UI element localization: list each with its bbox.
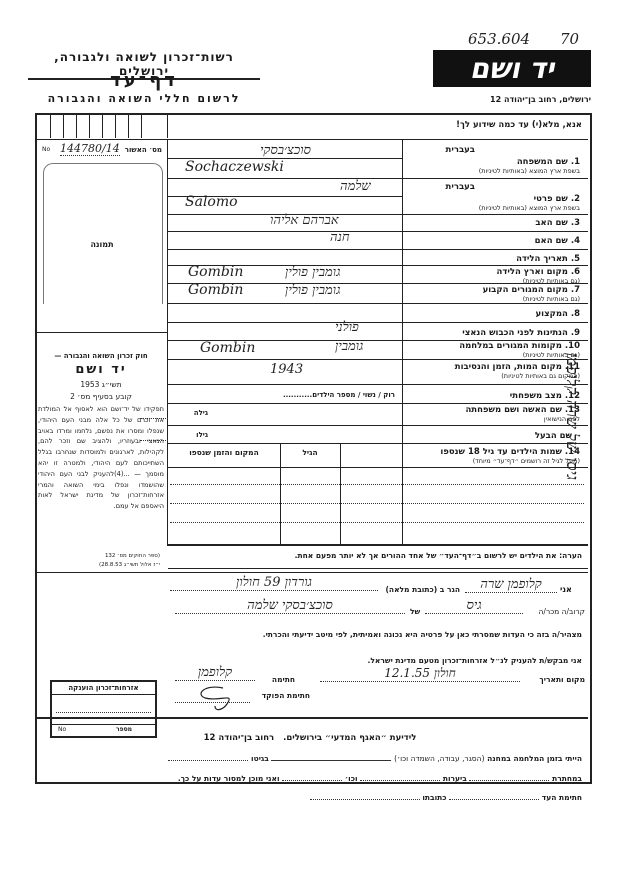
yad-vashem-logo: יד ושם	[433, 50, 591, 87]
field-2-hebrew-tag: בעברית	[446, 182, 475, 192]
field-6-name: מקום וארץ הלידה	[497, 267, 568, 277]
husband-age-label: גילו	[168, 431, 208, 439]
field-3-name: שם האב	[535, 218, 568, 228]
field-1-hebrew-tag: בעברית	[446, 145, 475, 155]
field-5-name: תאריך הלידה	[516, 254, 568, 264]
field-4-value[interactable]: חנה	[330, 229, 350, 245]
law-box-clause: קובע בסעיף מס׳ 2	[38, 392, 164, 401]
law-box-year: תשי״ג 1953	[38, 380, 164, 389]
field-7-value-latin[interactable]: Gombin	[188, 282, 243, 298]
place-date-label: מקום ותאריך	[525, 675, 585, 684]
field-9-value[interactable]: פולני	[335, 319, 359, 335]
photo-label: תמונה	[43, 240, 161, 249]
field-3-value[interactable]: אברהם אליהו	[270, 212, 339, 228]
citizenship-number-prefix: No	[58, 726, 66, 733]
header-address: ירושלים, רחוב בן־יהודה 12	[433, 95, 591, 104]
law-box-citation-2: י״ז אלול תשי״ג 28.8.53)	[40, 562, 160, 568]
lower-line-1: הייתי בזמן המלחמה במחנה (הסגר, עבודה, הש…	[40, 754, 582, 763]
margin-note: גיסו של שרה קלופמן	[562, 240, 582, 480]
field-3-label: 3. שם האב	[535, 218, 580, 228]
ghetto-label: בגיטו	[251, 754, 269, 763]
children-header-place: המקום והזמן שנספו	[170, 448, 278, 457]
field-2-value-latin[interactable]: Salomo	[185, 194, 238, 210]
children-header-names: 14. שמות הילדים עד גיל 18 שנספו (מעל לגי…	[440, 447, 580, 465]
ghetto-field[interactable]	[168, 760, 248, 761]
field-11-value[interactable]: 1943	[270, 362, 303, 377]
camp-label: הייתי בזמן המלחמה במחנה	[487, 754, 582, 763]
field-5-value[interactable]	[170, 251, 400, 265]
field-1-label: 1. שם המשפחה בשפת ארץ המוצא (באותיות לטי…	[479, 157, 580, 175]
etc-field[interactable]	[282, 780, 342, 781]
field-10-value-latin[interactable]: Gombin	[200, 340, 255, 356]
children-names-heading: שמות הילדים עד גיל 18 שנספו	[440, 447, 562, 457]
children-row-1[interactable]	[170, 484, 584, 485]
field-9-name: הנתינות לפני הכבוש הנאצי	[462, 328, 568, 338]
officer-signature-scribble	[175, 684, 250, 712]
lower-title-text: לידיעת ״האגף המדעי״ בירושלים.	[283, 733, 416, 743]
citizenship-box: אזרחות־זכרון הוענקה מספר No	[50, 680, 157, 738]
children-header-note: (מעל לגיל זה רושמים ״דף־עד״ מיוחד)	[440, 457, 580, 465]
form-subtitle: לרשום חללי השואה והגבורה	[28, 92, 260, 105]
of-value[interactable]: סוכצ׳בסקי שלמה	[175, 597, 405, 614]
instructions: אנא, מלא(י) עד כמה שידוע לך!	[300, 120, 582, 130]
form-title: דף־עד	[28, 70, 260, 91]
field-2-value-hebrew[interactable]: שלמה	[340, 178, 371, 194]
code-boxes	[37, 115, 168, 138]
field-3-num: 3.	[571, 218, 580, 228]
declarant-residing-label: הגר ב (כתובת מלאה)	[380, 585, 460, 594]
place-date-value[interactable]: חולון 12.1.55	[320, 666, 520, 682]
field-2-name: שם פרטי	[534, 194, 568, 204]
field-1-name: שם המשפחה	[517, 157, 568, 167]
field-13-age-label: גילה	[168, 409, 208, 417]
declarant-name[interactable]: קלופמן שרה	[465, 576, 557, 593]
field-7-name: מקום המגורים הקבוע	[483, 285, 568, 295]
law-box-body: תפקידו של יד־ושם הוא לאסוף אל המולדת את …	[38, 404, 164, 512]
field-6-value-hebrew[interactable]: גומבין פולין	[285, 264, 340, 280]
witness-address-label: כתובתו	[422, 793, 446, 802]
field-1-num: 1.	[571, 157, 580, 167]
citizenship-number-label: מספר	[102, 726, 132, 733]
field-10-name: מקומות המגורים במלחמה	[459, 341, 562, 351]
of-label: של	[410, 607, 420, 616]
declaration-text: מצהיר/ה בזה כי העדות שמסרתי כאן על פרטיה…	[170, 630, 582, 639]
witness-address-field[interactable]	[310, 799, 420, 800]
field-2-label: 2. שם פרטי בשפת ארץ המוצא (באותיות לטיני…	[479, 194, 580, 212]
field-8-value[interactable]	[170, 305, 400, 321]
field-2-num: 2.	[571, 194, 580, 204]
camp-field[interactable]	[271, 760, 391, 761]
field-1-note: בשפת ארץ המוצא (באותיות לטיניות)	[479, 167, 580, 175]
officer-signature-label: חתימת הפוקד	[250, 691, 310, 700]
declarant-address[interactable]: גורדון 59 חולון	[170, 574, 378, 591]
signature-value[interactable]: קלופמן	[175, 664, 255, 681]
law-box-name: יד ושם	[38, 362, 164, 377]
lower-title: לידיעת ״האגף המדעי״ בירושלים. רחוב בן־יה…	[170, 733, 450, 743]
children-row-2[interactable]	[170, 503, 584, 504]
field-1-value-latin[interactable]: Sochaczewski	[185, 159, 284, 175]
archive-number: 653.604	[468, 30, 530, 48]
field-1-value-hebrew[interactable]: סוכצ׳בסקי	[260, 142, 311, 158]
certificate-number[interactable]: 144780/14	[60, 142, 120, 156]
relation-label: קרוב/ה מכר/ה	[525, 607, 585, 616]
forests-label: ביערות	[443, 774, 467, 783]
witness-signature-field[interactable]	[449, 799, 539, 800]
underground-label: במחתרת	[552, 774, 582, 783]
field-2-note: בשפת ארץ המוצא (באותיות לטיניות)	[479, 204, 580, 212]
underground-field[interactable]	[469, 780, 549, 781]
page-mark: 70	[560, 30, 579, 48]
witness-signature-label: חתימת העד	[542, 793, 582, 802]
declarant-i-label: אני	[560, 585, 572, 594]
children-row-3[interactable]	[170, 522, 584, 523]
lower-line-2: במחתרת ביערות וכו׳ ואני מוכן למסור עדות …	[40, 774, 582, 783]
officer-signature-field[interactable]	[175, 690, 250, 703]
relation-value[interactable]: גיס	[425, 597, 523, 614]
certificate-label: מס׳ האשור	[120, 146, 162, 154]
field-7-value-hebrew[interactable]: גומבין פולין	[285, 282, 340, 298]
logo-text: יד ושם	[470, 52, 555, 85]
lower-line-3: חתימת העד כתובתו	[40, 793, 582, 802]
signature-label: חתימה	[255, 675, 295, 684]
lower-address: רחוב בן־יהודה 12	[204, 733, 275, 743]
field-13-name: שם האשה ושם משפחתה	[465, 405, 562, 415]
children-header-age: הגיל	[282, 448, 338, 457]
field-10-value-hebrew[interactable]: גומבין	[335, 338, 363, 354]
etc-label: וכו׳	[345, 774, 358, 783]
camp-types-label: (הסגר, עבודה, השמדה וכו׳)	[394, 754, 484, 763]
photo-area[interactable]	[43, 163, 163, 304]
citizenship-box-title: אזרחות־זכרון הוענקה	[52, 684, 155, 695]
law-box-citation-1: (ספר החוקים מס׳ 132	[40, 553, 160, 559]
certificate-prefix: No	[42, 146, 50, 153]
field-12-name: מצב משפחתי	[510, 391, 562, 401]
field-6-value-latin[interactable]: Gombin	[188, 264, 243, 280]
note-text: הערה: את הילדים יש לרשום ב״דף־העד״ של אח…	[170, 551, 582, 560]
forests-field[interactable]	[360, 780, 440, 781]
law-box-title: חוק זכרון השואה והגבורה —	[38, 352, 164, 360]
willing-testify-label: ואני מוכן למסור עדות על כך.	[178, 774, 280, 783]
field-12-value[interactable]: רוק / נשוי / מספר הילדים...........	[200, 391, 395, 399]
field-11-name: מקום המות, הזמן והנסיבות	[455, 362, 562, 372]
